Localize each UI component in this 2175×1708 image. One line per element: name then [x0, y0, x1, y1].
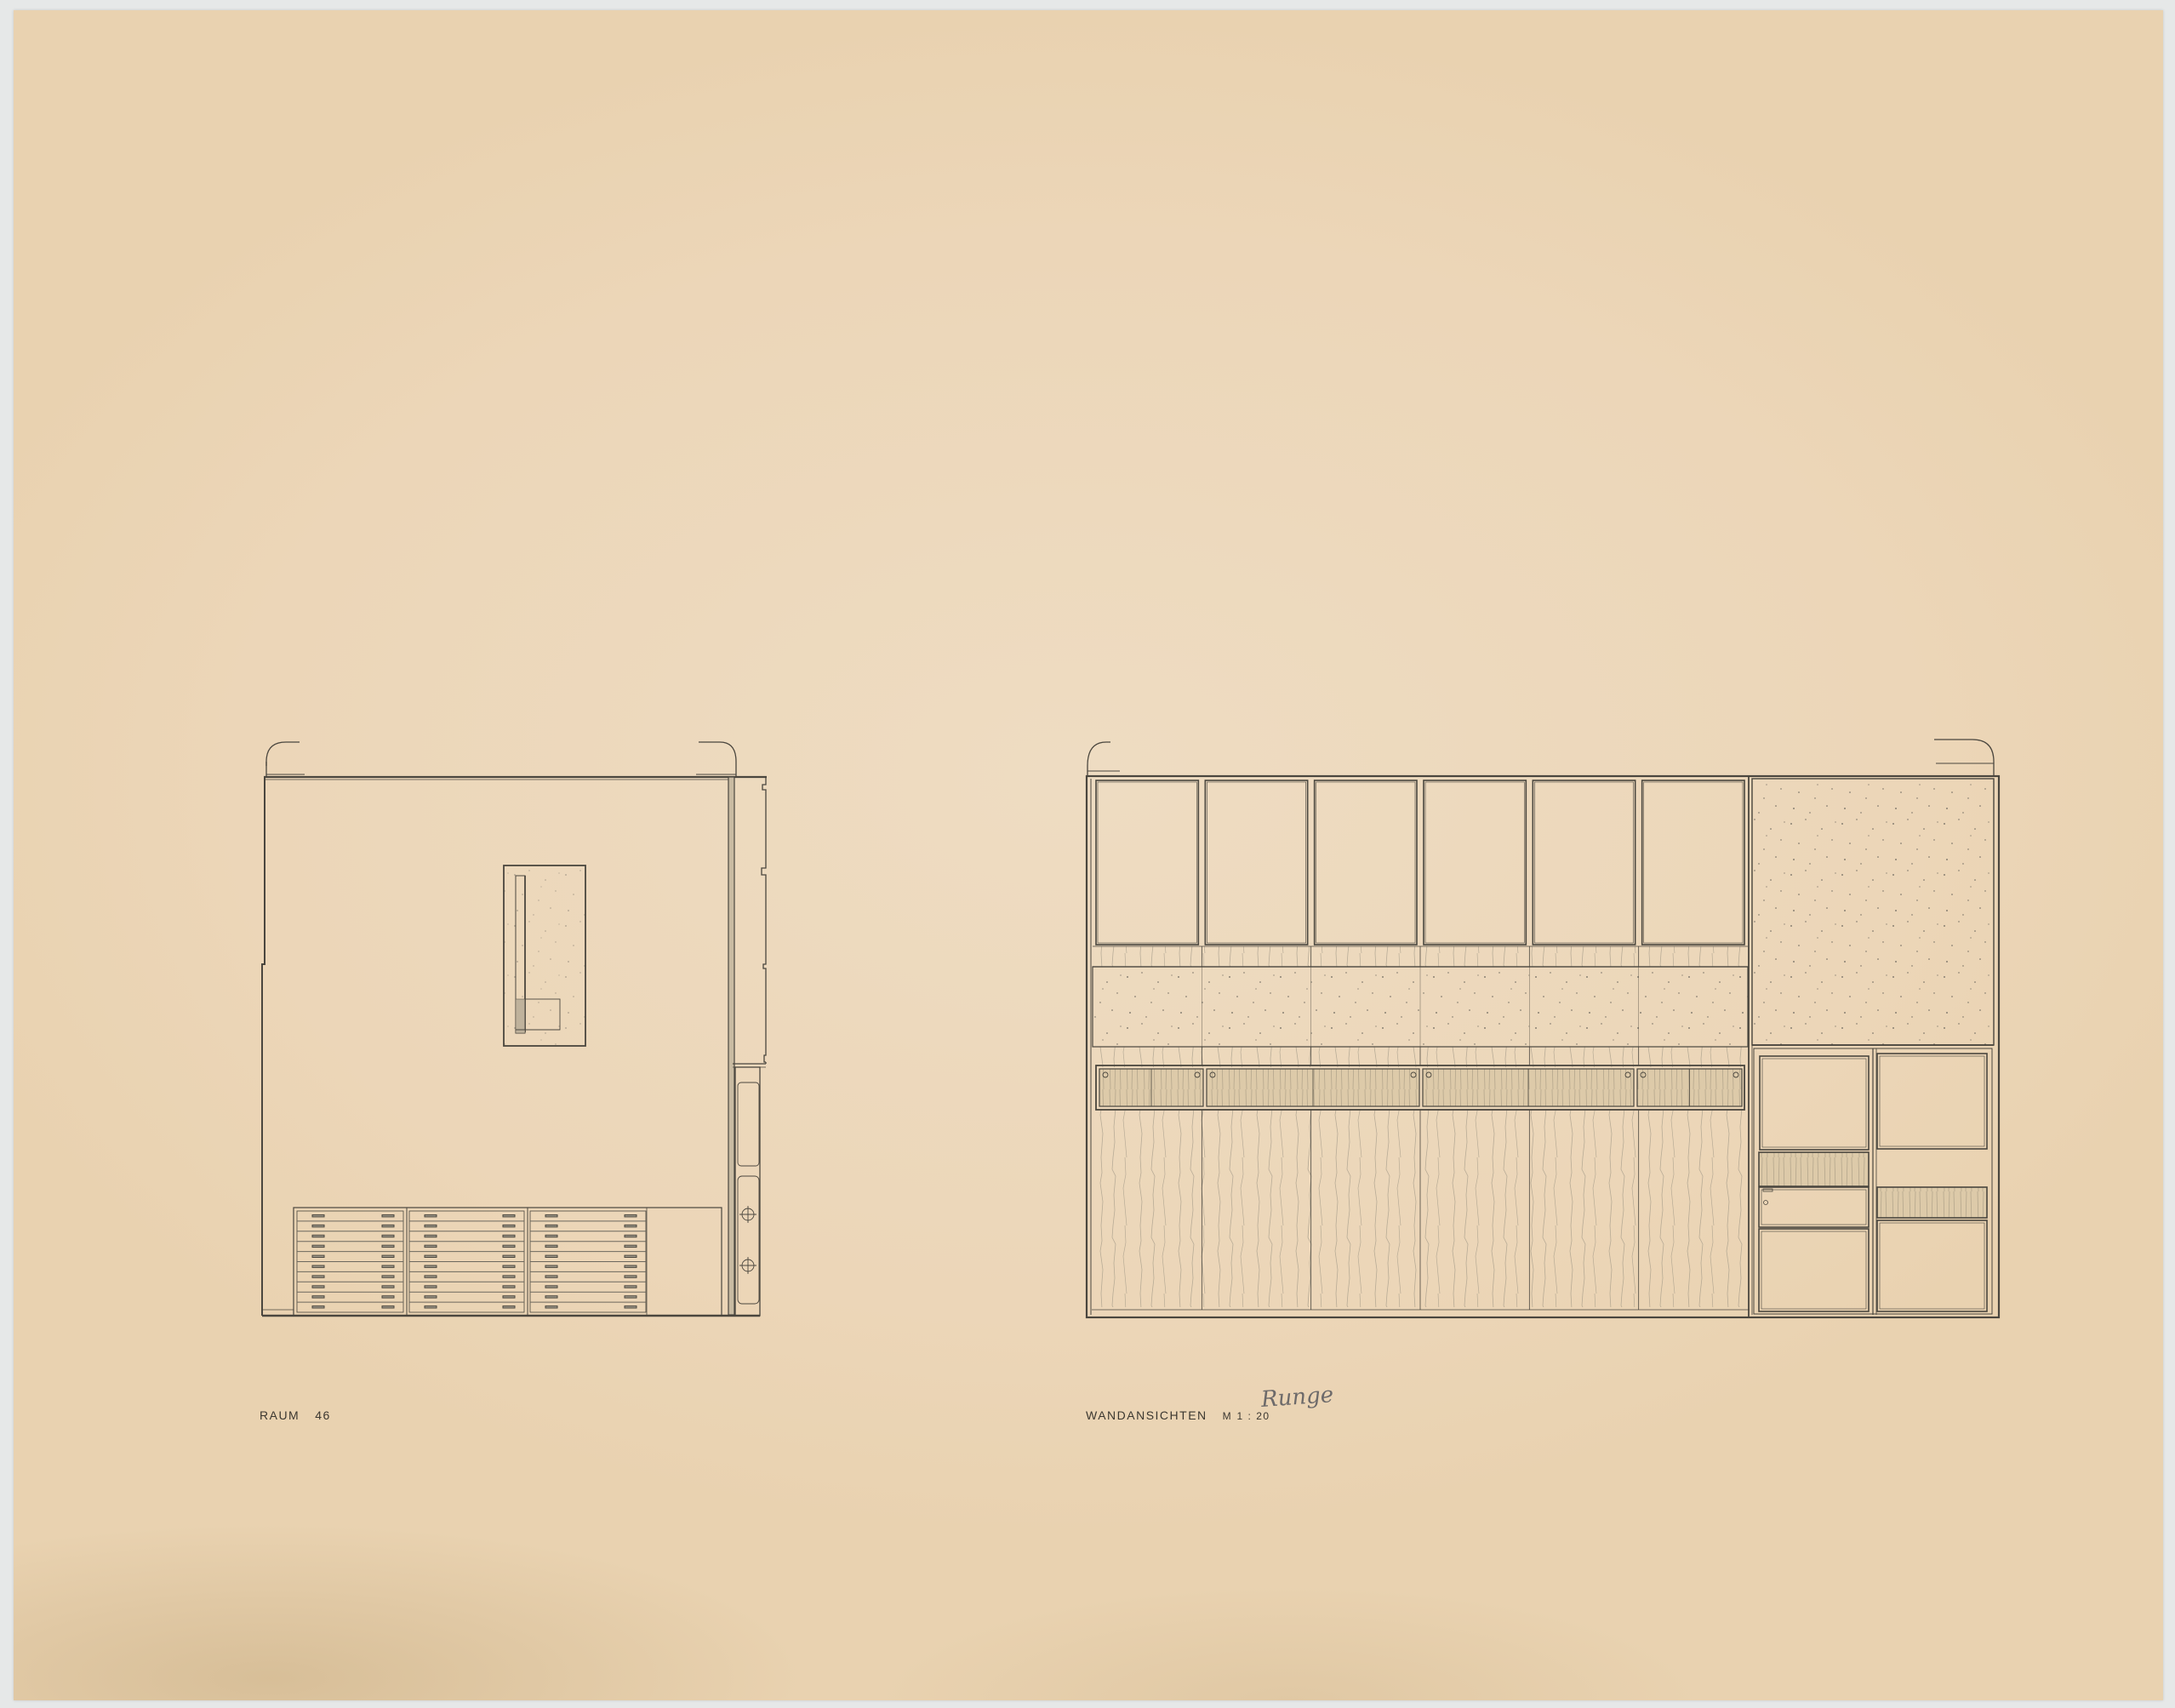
- wall-niche: [504, 865, 585, 1046]
- room-label: RAUM46: [260, 1408, 331, 1422]
- right-cabinet-column: [1752, 779, 1994, 1315]
- signature: Runge: [1260, 1382, 1334, 1413]
- left-elevation: [262, 742, 767, 1316]
- left-corner-curve: [266, 742, 300, 766]
- wall-views-label: WANDANSICHTENM 1 : 20: [1086, 1408, 1270, 1422]
- right-corner-curve: [699, 742, 736, 776]
- drawer-units: [1099, 1069, 1742, 1106]
- scale-prefix: M: [1223, 1410, 1233, 1422]
- elevation-drawings: [14, 10, 2163, 1700]
- wall-views-title: WANDANSICHTEN: [1086, 1408, 1207, 1422]
- right-elevation: [1087, 740, 1999, 1317]
- room-number: 46: [315, 1408, 331, 1422]
- drawing-sheet: RAUM46 WANDANSICHTENM 1 : 20 Runge: [14, 10, 2163, 1700]
- upper-panels: [1096, 780, 1744, 945]
- drawer-rows: [297, 1221, 646, 1302]
- room-label-word: RAUM: [260, 1408, 300, 1422]
- socket-icon: [739, 1206, 756, 1274]
